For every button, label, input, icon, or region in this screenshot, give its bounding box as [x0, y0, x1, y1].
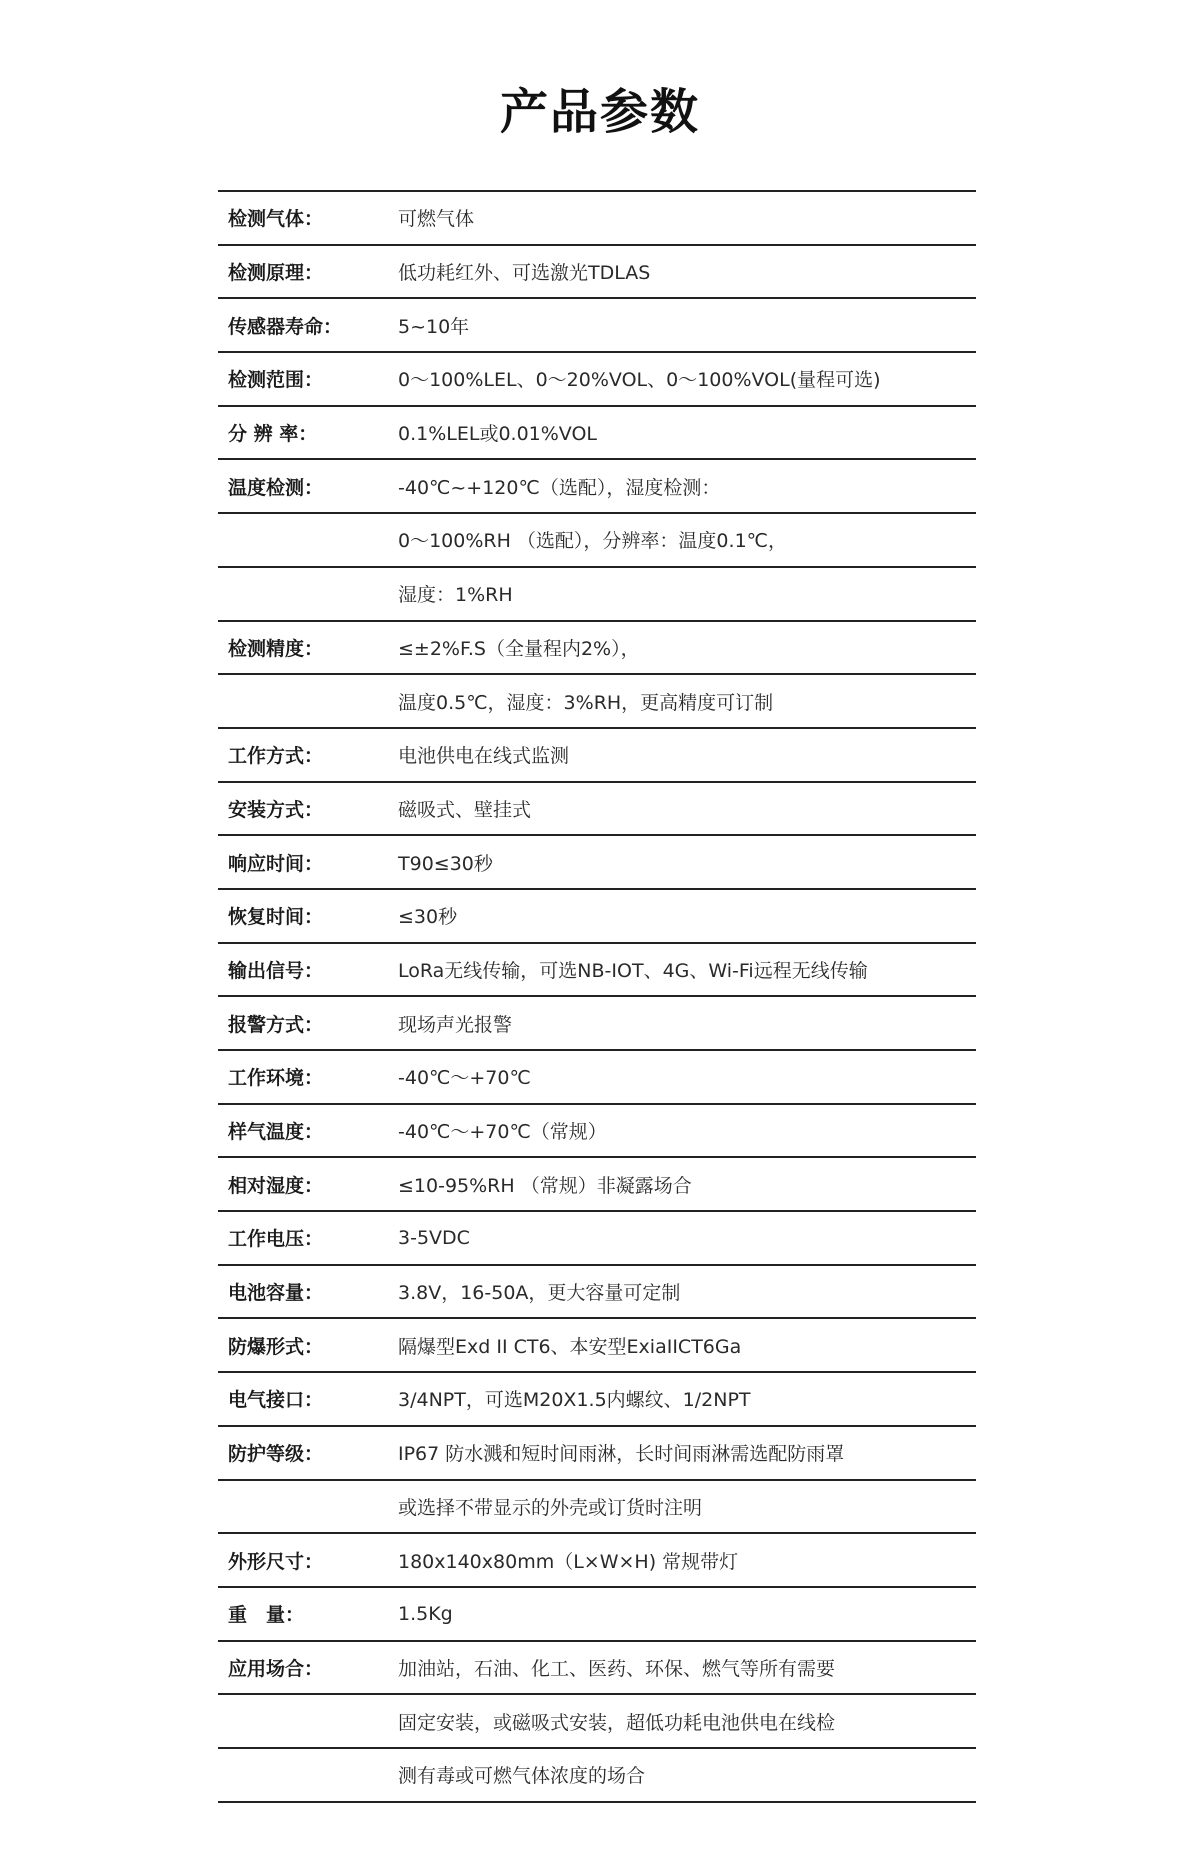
spec-row: 温度检测：-40℃~+120℃（选配），湿度检测： — [218, 460, 976, 514]
spec-row: 温度0.5℃，湿度：3%RH，更高精度可订制 — [218, 675, 976, 729]
spec-value: 固定安装，或磁吸式安装，超低功耗电池供电在线检 — [398, 1708, 835, 1735]
spec-row: 湿度：1%RH — [218, 568, 976, 622]
spec-label: 外形尺寸： — [218, 1547, 398, 1574]
spec-label: 工作环境： — [218, 1063, 398, 1090]
spec-row: 或选择不带显示的外壳或订货时注明 — [218, 1481, 976, 1535]
spec-row: 工作环境：-40℃～+70℃ — [218, 1051, 976, 1105]
spec-value: 温度0.5℃，湿度：3%RH，更高精度可订制 — [398, 688, 773, 715]
spec-value: -40℃~+120℃（选配），湿度检测： — [398, 473, 720, 500]
spec-label: 电池容量： — [218, 1278, 398, 1305]
spec-row: 安装方式：磁吸式、壁挂式 — [218, 783, 976, 837]
spec-label: 报警方式： — [218, 1010, 398, 1037]
spec-value: T90≤30秒 — [398, 849, 493, 876]
spec-label: 温度检测： — [218, 473, 398, 500]
spec-value: 5~10年 — [398, 312, 469, 339]
spec-row: 样气温度：-40℃～+70℃（常规） — [218, 1105, 976, 1159]
spec-row: 电气接口：3/4NPT，可选M20X1.5内螺纹、1/2NPT — [218, 1373, 976, 1427]
spec-label: 输出信号： — [218, 956, 398, 983]
spec-row: 防护等级：IP67 防水溅和短时间雨淋，长时间雨淋需选配防雨罩 — [218, 1427, 976, 1481]
spec-label: 响应时间： — [218, 849, 398, 876]
spec-value: 现场声光报警 — [398, 1010, 512, 1037]
spec-value: 测有毒或可燃气体浓度的场合 — [398, 1761, 645, 1788]
spec-value: 可燃气体 — [398, 204, 474, 231]
spec-row: 检测原理：低功耗红外、可选激光TDLAS — [218, 246, 976, 300]
spec-label: 检测精度： — [218, 634, 398, 661]
page-title: 产品参数 — [0, 82, 1200, 142]
spec-value: 或选择不带显示的外壳或订货时注明 — [398, 1493, 702, 1520]
spec-value: ≤10-95%RH （常规）非凝露场合 — [398, 1171, 692, 1198]
spec-value: 磁吸式、壁挂式 — [398, 795, 531, 822]
spec-row: 外形尺寸：180x140x80mm（L×W×H) 常规带灯 — [218, 1534, 976, 1588]
spec-value: 0～100%LEL、0～20%VOL、0～100%VOL(量程可选) — [398, 365, 881, 392]
spec-label: 检测气体： — [218, 204, 398, 231]
spec-value: 180x140x80mm（L×W×H) 常规带灯 — [398, 1547, 738, 1574]
spec-label: 检测范围： — [218, 365, 398, 392]
spec-value: 低功耗红外、可选激光TDLAS — [398, 258, 650, 285]
spec-row: 检测气体：可燃气体 — [218, 192, 976, 246]
spec-row: 0～100%RH （选配），分辨率：温度0.1℃， — [218, 514, 976, 568]
spec-label: 检测原理： — [218, 258, 398, 285]
spec-value: 0.1%LEL或0.01%VOL — [398, 419, 597, 446]
spec-value: 加油站，石油、化工、医药、环保、燃气等所有需要 — [398, 1654, 835, 1681]
spec-label: 相对湿度： — [218, 1171, 398, 1198]
spec-label: 重 量： — [218, 1600, 398, 1627]
spec-row: 传感器寿命：5~10年 — [218, 299, 976, 353]
spec-row: 相对湿度：≤10-95%RH （常规）非凝露场合 — [218, 1158, 976, 1212]
spec-value: 3-5VDC — [398, 1227, 470, 1249]
spec-value: ≤30秒 — [398, 902, 457, 929]
spec-row: 工作方式：电池供电在线式监测 — [218, 729, 976, 783]
spec-row: 输出信号：LoRa无线传输，可选NB-IOT、4G、Wi-Fi远程无线传输 — [218, 944, 976, 998]
spec-value: 隔爆型Exd II CT6、本安型ExiaIICT6Ga — [398, 1332, 741, 1359]
spec-row: 应用场合：加油站，石油、化工、医药、环保、燃气等所有需要 — [218, 1642, 976, 1696]
spec-label: 防爆形式： — [218, 1332, 398, 1359]
spec-row: 检测范围：0～100%LEL、0～20%VOL、0～100%VOL(量程可选) — [218, 353, 976, 407]
spec-value: -40℃～+70℃（常规） — [398, 1117, 607, 1144]
spec-label: 工作方式： — [218, 741, 398, 768]
spec-value: IP67 防水溅和短时间雨淋，长时间雨淋需选配防雨罩 — [398, 1439, 844, 1466]
spec-row: 测有毒或可燃气体浓度的场合 — [218, 1749, 976, 1803]
spec-value: 3.8V，16-50A，更大容量可定制 — [398, 1278, 680, 1305]
spec-table: 检测气体：可燃气体 检测原理：低功耗红外、可选激光TDLAS 传感器寿命：5~1… — [218, 190, 976, 1803]
spec-value: 电池供电在线式监测 — [398, 741, 569, 768]
spec-value: ≤±2%F.S（全量程内2%）， — [398, 634, 640, 661]
spec-label: 安装方式： — [218, 795, 398, 822]
spec-row: 重 量：1.5Kg — [218, 1588, 976, 1642]
spec-value: -40℃～+70℃ — [398, 1063, 531, 1090]
spec-label: 分 辨 率： — [218, 419, 398, 446]
spec-row: 固定安装，或磁吸式安装，超低功耗电池供电在线检 — [218, 1695, 976, 1749]
spec-label: 防护等级： — [218, 1439, 398, 1466]
spec-label: 样气温度： — [218, 1117, 398, 1144]
spec-value: 1.5Kg — [398, 1603, 453, 1625]
spec-label: 电气接口： — [218, 1385, 398, 1412]
spec-row: 防爆形式：隔爆型Exd II CT6、本安型ExiaIICT6Ga — [218, 1319, 976, 1373]
spec-label: 工作电压： — [218, 1224, 398, 1251]
spec-row: 分 辨 率：0.1%LEL或0.01%VOL — [218, 407, 976, 461]
spec-value: 湿度：1%RH — [398, 580, 513, 607]
spec-row: 电池容量：3.8V，16-50A，更大容量可定制 — [218, 1266, 976, 1320]
spec-row: 响应时间：T90≤30秒 — [218, 836, 976, 890]
spec-row: 检测精度：≤±2%F.S（全量程内2%）， — [218, 622, 976, 676]
spec-label: 应用场合： — [218, 1654, 398, 1681]
spec-row: 报警方式：现场声光报警 — [218, 997, 976, 1051]
spec-value: 0～100%RH （选配），分辨率：温度0.1℃， — [398, 526, 787, 553]
spec-label: 传感器寿命： — [218, 312, 398, 339]
spec-label: 恢复时间： — [218, 902, 398, 929]
spec-row: 工作电压：3-5VDC — [218, 1212, 976, 1266]
spec-value: LoRa无线传输，可选NB-IOT、4G、Wi-Fi远程无线传输 — [398, 956, 868, 983]
spec-value: 3/4NPT，可选M20X1.5内螺纹、1/2NPT — [398, 1385, 751, 1412]
spec-row: 恢复时间：≤30秒 — [218, 890, 976, 944]
